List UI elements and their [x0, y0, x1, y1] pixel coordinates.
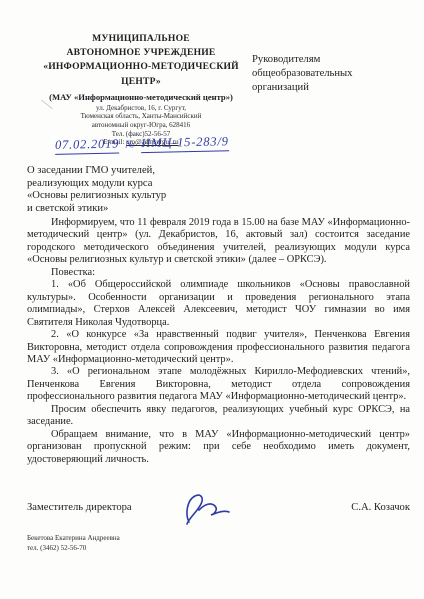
- paragraph-request: Просим обеспечить явку педагогов, реализ…: [27, 404, 410, 429]
- handwritten-date: 07.02.2019: [55, 137, 120, 155]
- paragraph-agenda-heading: Повестка:: [27, 267, 410, 279]
- signature-row: Заместитель директора С.А. Козачок: [27, 496, 410, 536]
- signer-name: С.А. Козачок: [351, 502, 410, 513]
- paragraph-agenda-item-2: 2. «О конкурсе «За нравственный подвиг у…: [27, 329, 410, 366]
- addressee-line: организаций: [252, 81, 412, 95]
- addressee-line: общеобразовательных: [252, 67, 412, 81]
- addressee-block: Руководителям общеобразовательных органи…: [252, 53, 412, 95]
- subject-line: реализующих модули курса: [27, 178, 227, 191]
- executor-name: Бекетова Екатерина Андреевна: [27, 534, 120, 544]
- org-header-block: МУНИЦИПАЛЬНОЕ АВТОНОМНОЕ УЧРЕЖДЕНИЕ «ИНФ…: [38, 32, 244, 147]
- paragraph-agenda-item-3: 3. «О региональном этапе молодёжных Кири…: [27, 366, 410, 403]
- addressee-line: Руководителям: [252, 53, 412, 67]
- executor-phone: тел. (3462) 52-56-70: [27, 544, 120, 554]
- org-name-line: ЦЕНТР»: [38, 75, 244, 89]
- subject-line: «Основы религиозных культур: [27, 190, 227, 203]
- signature-scribble-icon: [175, 488, 235, 535]
- subject-block: О заседании ГМО учителей, реализующих мо…: [27, 165, 227, 215]
- subject-line: О заседании ГМО учителей,: [27, 165, 227, 178]
- handwritten-number: ИМЦ-15-283/9: [141, 134, 229, 153]
- org-short-name: (МАУ «Информационно-методический центр»): [38, 92, 244, 102]
- org-address-line: ул. Декабристов, 16, г. Сургут,: [38, 104, 244, 113]
- number-sign: №: [123, 139, 137, 150]
- paragraph-intro: Информируем, что 11 февраля 2019 года в …: [27, 217, 410, 267]
- paragraph-agenda-item-1: 1. «Об Общероссийской олимпиаде школьник…: [27, 279, 410, 329]
- signer-position: Заместитель директора: [27, 502, 132, 513]
- org-address-line: Тюменская область, Ханты-Мансийский: [38, 112, 244, 121]
- handwritten-reg-line: 07.02.2019 № ИМЦ-15-283/9: [55, 134, 235, 155]
- org-address: ул. Декабристов, 16, г. Сургут, Тюменска…: [38, 104, 244, 138]
- org-address-line: автономный округ-Югра, 628416: [38, 121, 244, 130]
- org-name: МУНИЦИПАЛЬНОЕ АВТОНОМНОЕ УЧРЕЖДЕНИЕ «ИНФ…: [38, 32, 244, 89]
- org-name-line: МУНИЦИПАЛЬНОЕ: [38, 32, 244, 46]
- letter-body: Информируем, что 11 февраля 2019 года в …: [27, 217, 410, 466]
- executor-block: Бекетова Екатерина Андреевна тел. (3462)…: [27, 534, 120, 553]
- paragraph-notice: Обращаем внимание, что в МАУ «Информацио…: [27, 429, 410, 466]
- scanned-letter-page: МУНИЦИПАЛЬНОЕ АВТОНОМНОЕ УЧРЕЖДЕНИЕ «ИНФ…: [0, 0, 424, 599]
- org-name-line: «ИНФОРМАЦИОННО-МЕТОДИЧЕСКИЙ: [38, 60, 244, 74]
- org-name-line: АВТОНОМНОЕ УЧРЕЖДЕНИЕ: [38, 46, 244, 60]
- subject-line: и светской этики»: [27, 203, 227, 216]
